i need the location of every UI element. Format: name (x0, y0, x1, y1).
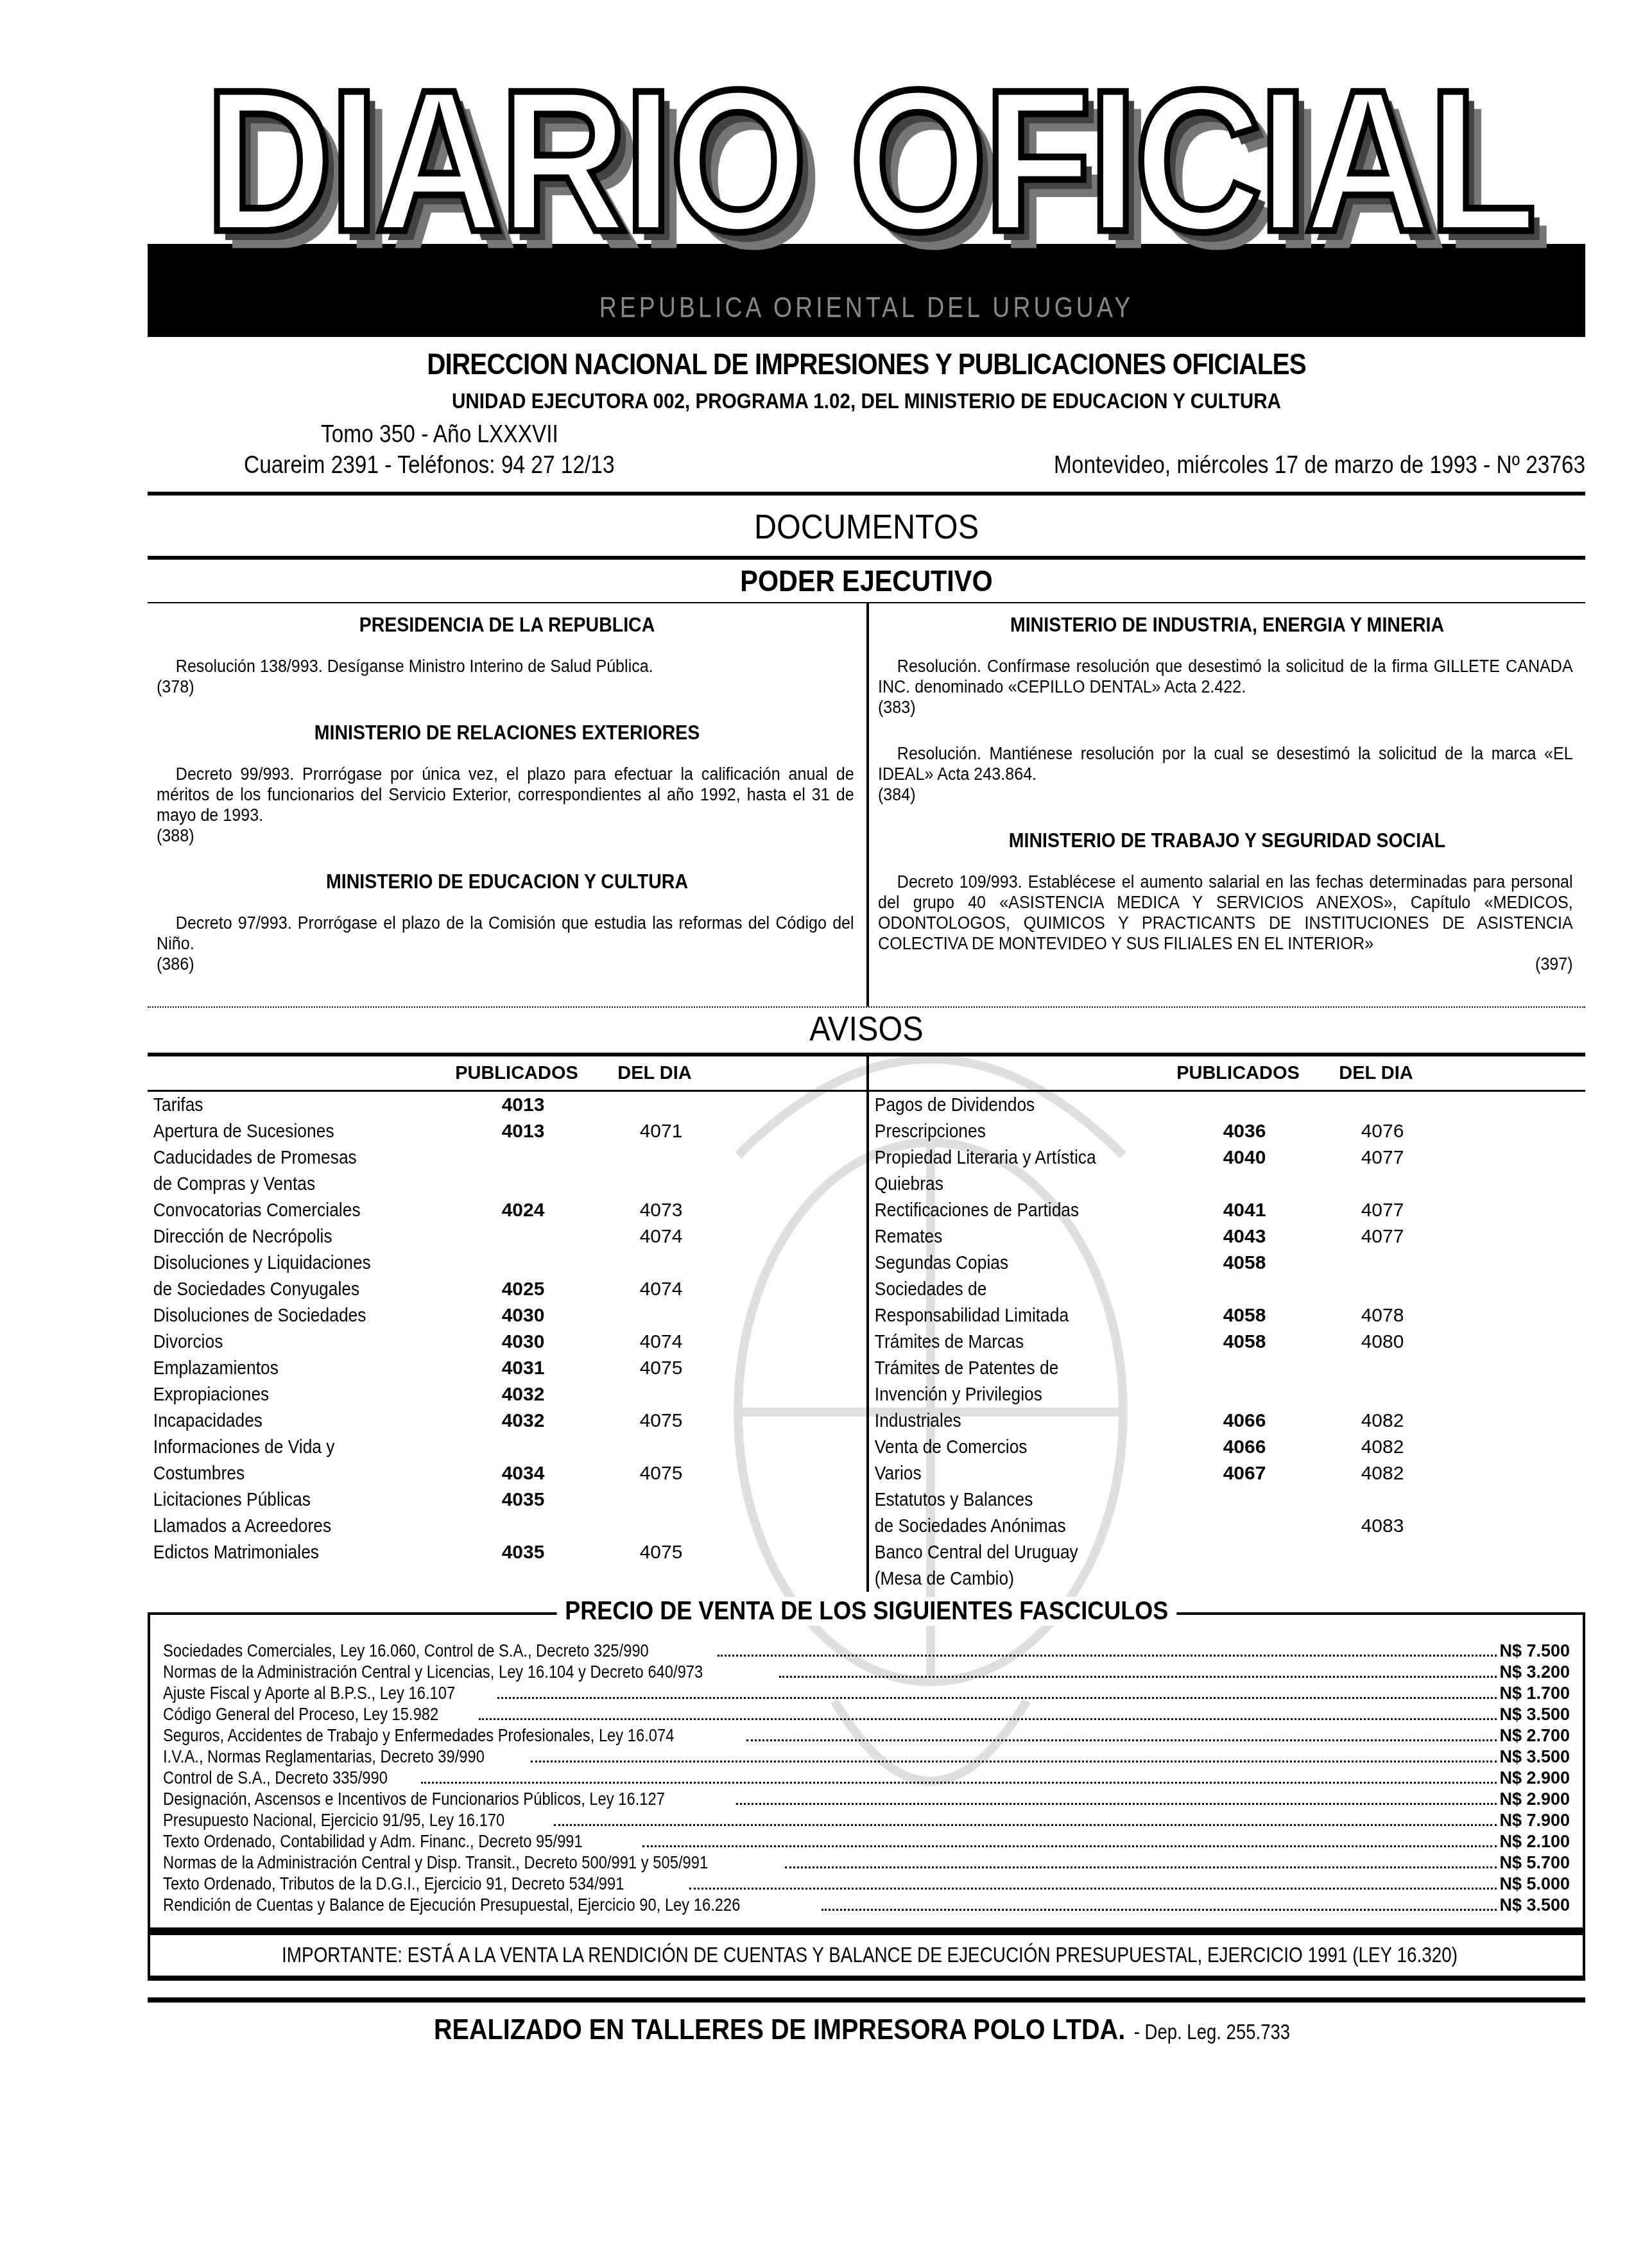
col-del-dia: DEL DIA (1312, 1063, 1440, 1084)
notice-publicados-page (1171, 1092, 1318, 1118)
document-entry: Decreto 97/993. Prorrógase el plazo de l… (157, 913, 854, 974)
notice-publicados-page: 4031 (449, 1355, 597, 1381)
document-text: Resolución. Confírmase resolución que de… (878, 656, 1573, 697)
dot-leader (421, 1782, 1497, 1784)
notice-del-dia-page (1318, 1355, 1447, 1381)
notice-publicados-page (449, 1171, 597, 1197)
notice-del-dia-page (597, 1434, 725, 1460)
notice-category: Rectificaciones de Partidas (869, 1197, 1135, 1223)
printer-credit: REALIZADO EN TALLERES DE IMPRESORA POLO … (434, 2014, 1125, 2046)
publication-title: Rendición de Cuentas y Balance de Ejecuc… (163, 1895, 740, 1916)
notice-category: Varios (869, 1460, 1135, 1486)
notice-category: Propiedad Literaria y Artística (869, 1144, 1135, 1171)
document-entry: Resolución 138/993. Desíganse Ministro I… (157, 656, 854, 697)
notice-row: Dirección de Necrópolis4074 (148, 1223, 866, 1250)
notice-del-dia-page (1318, 1381, 1447, 1408)
notice-publicados-page: 4035 (449, 1539, 597, 1565)
notice-del-dia-page (1318, 1565, 1447, 1592)
notice-row: Informaciones de Vida y (148, 1434, 866, 1460)
publication-price: N$ 2.900 (1499, 1789, 1570, 1810)
notice-row: de Compras y Ventas (148, 1171, 866, 1197)
notice-publicados-page: 4043 (1171, 1223, 1318, 1250)
notice-del-dia-page: 4074 (597, 1276, 725, 1302)
price-row: Control de S.A., Decreto 335/990N$ 2.900 (163, 1768, 1570, 1789)
notice-row: Caducidades de Promesas (148, 1144, 866, 1171)
notice-publicados-page (449, 1513, 597, 1539)
notice-del-dia-page (1318, 1486, 1447, 1513)
notice-row: Segundas Copias4058 (869, 1250, 1585, 1276)
notice-row: Varios40674082 (869, 1460, 1585, 1486)
notice-del-dia-page (597, 1092, 725, 1118)
notice-row: Prescripciones40364076 (869, 1118, 1585, 1144)
dot-leader (785, 1866, 1497, 1868)
dot-leader (554, 1824, 1497, 1826)
publication-price: N$ 2.100 (1499, 1831, 1570, 1852)
notices-column-headers: PUBLICADOS DEL DIA (869, 1056, 1585, 1092)
publication-title: Normas de la Administración Central y Di… (163, 1852, 708, 1874)
notice-category: Trámites de Patentes de (869, 1355, 1135, 1381)
notice-row: Licitaciones Públicas4035 (148, 1486, 866, 1513)
important-notice-text: IMPORTANTE: ESTÁ A LA VENTA LA RENDICIÓN… (282, 1943, 1458, 1968)
notice-del-dia-page (1318, 1539, 1447, 1565)
notice-del-dia-page: 4077 (1318, 1144, 1447, 1171)
section-documentos: DOCUMENTOS (219, 495, 1513, 556)
notice-publicados-page: 4058 (1171, 1250, 1318, 1276)
notice-publicados-page: 4058 (1171, 1329, 1318, 1355)
notice-del-dia-page (597, 1171, 725, 1197)
ministry-heading: MINISTERIO DE TRABAJO Y SEGURIDAD SOCIAL (906, 831, 1549, 851)
notice-del-dia-page: 4074 (597, 1223, 725, 1250)
dot-leader (822, 1909, 1497, 1911)
documents-left-column: PRESIDENCIA DE LA REPUBLICAResolución 13… (148, 603, 866, 1006)
notices-column-headers: PUBLICADOS DEL DIA (148, 1056, 866, 1092)
volume-year: Tomo 350 - Año LXXXVII (321, 421, 558, 449)
important-notice: IMPORTANTE: ESTÁ A LA VENTA LA RENDICIÓN… (148, 1930, 1585, 1981)
notice-category: Trámites de Marcas (869, 1329, 1135, 1355)
notice-del-dia-page: 4078 (1318, 1302, 1447, 1329)
notice-category: Quiebras (869, 1171, 1135, 1197)
notice-del-dia-page (1318, 1276, 1447, 1302)
publication-price: N$ 7.900 (1499, 1810, 1570, 1831)
documents-right-column: MINISTERIO DE INDUSTRIA, ENERGIA Y MINER… (866, 603, 1585, 1006)
dot-leader (642, 1845, 1497, 1847)
price-list-box: PRECIO DE VENTA DE LOS SIGUIENTES FASCIC… (148, 1615, 1585, 1930)
notice-row: Edictos Matrimoniales40354075 (148, 1539, 866, 1565)
footer: REALIZADO EN TALLERES DE IMPRESORA POLO … (148, 1997, 1585, 2046)
notice-del-dia-page: 4075 (597, 1539, 725, 1565)
notice-publicados-page: 4036 (1171, 1118, 1318, 1144)
document-reference: (384) (878, 784, 1573, 805)
notice-category: Remates (869, 1223, 1135, 1250)
notice-category: Caducidades de Promesas (148, 1144, 413, 1171)
notice-publicados-page: 4013 (449, 1118, 597, 1144)
section-avisos: AVISOS (219, 1008, 1513, 1053)
notice-publicados-page: 4041 (1171, 1197, 1318, 1223)
notice-category: Apertura de Sucesiones (148, 1118, 413, 1144)
notice-category: de Sociedades Conyugales (148, 1276, 413, 1302)
notice-del-dia-page: 4077 (1318, 1197, 1447, 1223)
notice-category: (Mesa de Cambio) (869, 1565, 1135, 1592)
notice-del-dia-page (1318, 1171, 1447, 1197)
dot-leader (746, 1739, 1497, 1741)
publication-price: N$ 7.500 (1499, 1641, 1570, 1662)
col-publicados: PUBLICADOS (443, 1063, 590, 1084)
publication-price: N$ 1.700 (1499, 1683, 1570, 1704)
notice-category: Tarifas (148, 1092, 413, 1118)
notice-category: Edictos Matrimoniales (148, 1539, 413, 1565)
notice-row: Incapacidades40324075 (148, 1408, 866, 1434)
issue-meta: Tomo 350 - Año LXXXVII Cuareim 2391 - Te… (148, 421, 1585, 492)
notice-del-dia-page: 4083 (1318, 1513, 1447, 1539)
notice-publicados-page (449, 1144, 597, 1171)
notice-del-dia-page (597, 1486, 725, 1513)
dot-leader (531, 1761, 1497, 1762)
notice-publicados-page: 4025 (449, 1276, 597, 1302)
notice-row: de Sociedades Conyugales40254074 (148, 1276, 866, 1302)
notice-category: Dirección de Necrópolis (148, 1223, 413, 1250)
notice-row: Quiebras (869, 1171, 1585, 1197)
notice-row: Venta de Comercios40664082 (869, 1434, 1585, 1460)
notice-publicados-page: 4030 (449, 1329, 597, 1355)
notice-del-dia-page: 4077 (1318, 1223, 1447, 1250)
publication-title: Normas de la Administración Central y Li… (163, 1662, 703, 1683)
notice-del-dia-page: 4080 (1318, 1329, 1447, 1355)
notice-row: Rectificaciones de Partidas40414077 (869, 1197, 1585, 1223)
masthead-subtitle: REPUBLICA ORIENTAL DEL URUGUAY (255, 292, 1477, 324)
notice-del-dia-page: 4071 (597, 1118, 725, 1144)
document-text: Resolución. Mantiénese resolución por la… (878, 743, 1573, 784)
notice-row: Remates40434077 (869, 1223, 1585, 1250)
notice-category: Informaciones de Vida y (148, 1434, 413, 1460)
notice-publicados-page: 4032 (449, 1381, 597, 1408)
document-reference: (388) (157, 825, 854, 846)
masthead: DIARIO OFICIAL REPUBLICA ORIENTAL DEL UR… (148, 51, 1585, 334)
subsection-poder-ejecutivo: PODER EJECUTIVO (219, 560, 1513, 602)
price-list-title-wrap: PRECIO DE VENTA DE LOS SIGUIENTES FASCIC… (150, 1597, 1583, 1626)
notice-category: Emplazamientos (148, 1355, 413, 1381)
notice-category: Industriales (869, 1408, 1135, 1434)
notice-del-dia-page: 4075 (597, 1408, 725, 1434)
price-row: Texto Ordenado, Contabilidad y Adm. Fina… (163, 1831, 1570, 1852)
document-text: Decreto 109/993. Establécese el aumento … (878, 872, 1573, 954)
document-entry: Resolución. Mantiénese resolución por la… (878, 743, 1573, 805)
ministry-heading: MINISTERIO DE RELACIONES EXTERIORES (185, 723, 830, 743)
notice-publicados-page (1171, 1565, 1318, 1592)
document-reference: (397) (878, 954, 1573, 974)
notice-category: Convocatorias Comerciales (148, 1197, 413, 1223)
notice-category: Estatutos y Balances (869, 1486, 1135, 1513)
notice-publicados-page (1171, 1539, 1318, 1565)
notice-publicados-page (449, 1223, 597, 1250)
notice-del-dia-page (1318, 1092, 1447, 1118)
notice-del-dia-page (597, 1144, 725, 1171)
publication-price: N$ 3.200 (1499, 1662, 1570, 1683)
notice-del-dia-page (597, 1381, 725, 1408)
col-publicados: PUBLICADOS (1164, 1063, 1312, 1084)
notice-publicados-page: 4034 (449, 1460, 597, 1486)
notice-row: Pagos de Dividendos (869, 1092, 1585, 1118)
notice-category: Disoluciones y Liquidaciones (148, 1250, 413, 1276)
dot-leader (689, 1888, 1497, 1890)
notice-del-dia-page (597, 1513, 725, 1539)
notice-category: Disoluciones de Sociedades (148, 1302, 413, 1329)
publication-title: Texto Ordenado, Contabilidad y Adm. Fina… (163, 1831, 583, 1852)
notice-del-dia-page: 4074 (597, 1329, 725, 1355)
notice-publicados-page (1171, 1486, 1318, 1513)
notice-category: Llamados a Acreedores (148, 1513, 413, 1539)
publication-title: I.V.A., Normas Reglamentarias, Decreto 3… (163, 1746, 485, 1768)
notice-row: Sociedades de (869, 1276, 1585, 1302)
notice-category: Invención y Privilegios (869, 1381, 1135, 1408)
document-text: Decreto 97/993. Prorrógase el plazo de l… (157, 913, 854, 954)
notice-row: Convocatorias Comerciales40244073 (148, 1197, 866, 1223)
price-row: Código General del Proceso, Ley 15.982N$… (163, 1704, 1570, 1725)
document-text: Decreto 99/993. Prorrógase por única vez… (157, 764, 854, 825)
ministry-heading: PRESIDENCIA DE LA REPUBLICA (185, 615, 830, 635)
price-list-title: PRECIO DE VENTA DE LOS SIGUIENTES FASCIC… (556, 1597, 1176, 1626)
notice-row: Propiedad Literaria y Artística40404077 (869, 1144, 1585, 1171)
document-entry: Decreto 99/993. Prorrógase por única vez… (157, 764, 854, 846)
notice-category: Venta de Comercios (869, 1434, 1135, 1460)
notice-row: Trámites de Marcas40584080 (869, 1329, 1585, 1355)
notice-publicados-page: 4040 (1171, 1144, 1318, 1171)
document-reference: (386) (157, 954, 854, 974)
notice-category: Segundas Copias (869, 1250, 1135, 1276)
notice-del-dia-page: 4076 (1318, 1118, 1447, 1144)
notice-category: Pagos de Dividendos (869, 1092, 1135, 1118)
publication-price: N$ 3.500 (1499, 1704, 1570, 1725)
publication-title: Sociedades Comerciales, Ley 16.060, Cont… (163, 1641, 649, 1662)
price-row: Designación, Ascensos e Incentivos de Fu… (163, 1789, 1570, 1810)
price-row: Presupuesto Nacional, Ejercicio 91/95, L… (163, 1810, 1570, 1831)
notice-category: de Sociedades Anónimas (869, 1513, 1135, 1539)
publication-price: N$ 3.500 (1499, 1895, 1570, 1916)
notice-publicados-page (1171, 1513, 1318, 1539)
notice-publicados-page: 4024 (449, 1197, 597, 1223)
document-text: Resolución 138/993. Desíganse Ministro I… (157, 656, 854, 676)
notice-category: Prescripciones (869, 1118, 1135, 1144)
notice-del-dia-page (597, 1250, 725, 1276)
price-row: Normas de la Administración Central y Li… (163, 1662, 1570, 1683)
price-row: I.V.A., Normas Reglamentarias, Decreto 3… (163, 1746, 1570, 1768)
document-reference: (383) (878, 697, 1573, 718)
notice-row: Llamados a Acreedores (148, 1513, 866, 1539)
issue-date-number: Montevideo, miércoles 17 de marzo de 199… (1054, 452, 1585, 479)
masthead-title: DIARIO OFICIAL (205, 60, 1528, 262)
notice-publicados-page: 4066 (1171, 1434, 1318, 1460)
dot-leader (497, 1697, 1497, 1699)
dot-leader (779, 1676, 1497, 1678)
dot-leader (479, 1718, 1497, 1720)
notice-row: Emplazamientos40314075 (148, 1355, 866, 1381)
notice-row: Expropiaciones4032 (148, 1381, 866, 1408)
publication-title: Designación, Ascensos e Incentivos de Fu… (163, 1789, 665, 1810)
notice-row: Divorcios40304074 (148, 1329, 866, 1355)
col-del-dia: DEL DIA (590, 1063, 719, 1084)
executing-unit: UNIDAD EJECUTORA 002, PROGRAMA 1.02, DEL… (219, 389, 1513, 413)
notices-right-column: PUBLICADOS DEL DIA Pagos de DividendosPr… (866, 1056, 1585, 1592)
notice-category: Divorcios (148, 1329, 413, 1355)
notice-del-dia-page: 4075 (597, 1460, 725, 1486)
address-phones: Cuareim 2391 - Teléfonos: 94 27 12/13 (244, 452, 615, 479)
document-entry: Resolución. Confírmase resolución que de… (878, 656, 1573, 718)
publication-title: Código General del Proceso, Ley 15.982 (163, 1704, 438, 1725)
document-reference: (378) (157, 676, 854, 697)
notice-row: Tarifas4013 (148, 1092, 866, 1118)
notice-row: Industriales40664082 (869, 1408, 1585, 1434)
notice-category: Costumbres (148, 1460, 413, 1486)
publication-price: N$ 2.900 (1499, 1768, 1570, 1789)
publication-price: N$ 2.700 (1499, 1725, 1570, 1746)
price-row: Ajuste Fiscal y Aporte al B.P.S., Ley 16… (163, 1683, 1570, 1704)
documents-columns: PRESIDENCIA DE LA REPUBLICAResolución 13… (148, 603, 1585, 1006)
notice-row: Apertura de Sucesiones40134071 (148, 1118, 866, 1144)
dot-leader (718, 1655, 1497, 1657)
price-row: Sociedades Comerciales, Ley 16.060, Cont… (163, 1641, 1570, 1662)
notice-row: Responsabilidad Limitada40584078 (869, 1302, 1585, 1329)
notice-del-dia-page: 4082 (1318, 1434, 1447, 1460)
notice-category: Expropiaciones (148, 1381, 413, 1408)
ministry-heading: MINISTERIO DE EDUCACION Y CULTURA (185, 872, 830, 892)
document-entry: Decreto 109/993. Establécese el aumento … (878, 872, 1573, 974)
notice-publicados-page: 4030 (449, 1302, 597, 1329)
publication-price: N$ 3.500 (1499, 1746, 1570, 1768)
notice-del-dia-page: 4082 (1318, 1460, 1447, 1486)
notice-publicados-page: 4058 (1171, 1302, 1318, 1329)
notice-category: Licitaciones Públicas (148, 1486, 413, 1513)
notice-row: Invención y Privilegios (869, 1381, 1585, 1408)
legal-deposit: - Dep. Leg. 255.733 (1134, 2020, 1290, 2045)
notice-category: Responsabilidad Limitada (869, 1302, 1135, 1329)
notice-publicados-page: 4013 (449, 1092, 597, 1118)
notice-category: de Compras y Ventas (148, 1171, 413, 1197)
publication-title: Seguros, Accidentes de Trabajo y Enferme… (163, 1725, 674, 1746)
notice-del-dia-page: 4075 (597, 1355, 725, 1381)
notice-del-dia-page (1318, 1250, 1447, 1276)
publication-title: Presupuesto Nacional, Ejercicio 91/95, L… (163, 1810, 504, 1831)
notice-del-dia-page: 4082 (1318, 1408, 1447, 1434)
price-row: Texto Ordenado, Tributos de la D.G.I., E… (163, 1874, 1570, 1895)
notice-category: Incapacidades (148, 1408, 413, 1434)
notice-row: Costumbres40344075 (148, 1460, 866, 1486)
notice-row: Trámites de Patentes de (869, 1355, 1585, 1381)
notices-index: PUBLICADOS DEL DIA Tarifas4013Apertura d… (148, 1056, 1585, 1592)
notice-publicados-page: 4067 (1171, 1460, 1318, 1486)
dot-leader (736, 1803, 1497, 1805)
notice-row: Estatutos y Balances (869, 1486, 1585, 1513)
publication-title: Ajuste Fiscal y Aporte al B.P.S., Ley 16… (163, 1683, 455, 1704)
publication-title: Control de S.A., Decreto 335/990 (163, 1768, 388, 1789)
notice-publicados-page: 4032 (449, 1408, 597, 1434)
notice-row: (Mesa de Cambio) (869, 1565, 1585, 1592)
notice-row: Disoluciones de Sociedades4030 (148, 1302, 866, 1329)
publication-price: N$ 5.000 (1499, 1874, 1570, 1895)
notice-del-dia-page: 4073 (597, 1197, 725, 1223)
publication-title: Texto Ordenado, Tributos de la D.G.I., E… (163, 1874, 624, 1895)
notice-row: Disoluciones y Liquidaciones (148, 1250, 866, 1276)
notice-publicados-page (449, 1434, 597, 1460)
notice-publicados-page (449, 1250, 597, 1276)
publication-price: N$ 5.700 (1499, 1852, 1570, 1874)
notice-category: Banco Central del Uruguay (869, 1539, 1135, 1565)
agency-name: DIRECCION NACIONAL DE IMPRESIONES Y PUBL… (234, 347, 1499, 381)
notice-del-dia-page (597, 1302, 725, 1329)
notice-publicados-page (1171, 1355, 1318, 1381)
notice-publicados-page: 4066 (1171, 1408, 1318, 1434)
notice-row: de Sociedades Anónimas4083 (869, 1513, 1585, 1539)
ministry-heading: MINISTERIO DE INDUSTRIA, ENERGIA Y MINER… (906, 615, 1549, 635)
notice-row: Banco Central del Uruguay (869, 1539, 1585, 1565)
price-row: Rendición de Cuentas y Balance de Ejecuc… (163, 1895, 1570, 1916)
notices-left-column: PUBLICADOS DEL DIA Tarifas4013Apertura d… (148, 1056, 866, 1592)
notice-category: Sociedades de (869, 1276, 1135, 1302)
notice-publicados-page: 4035 (449, 1486, 597, 1513)
newspaper-page: DIARIO OFICIAL REPUBLICA ORIENTAL DEL UR… (148, 51, 1585, 2046)
notice-publicados-page (1171, 1381, 1318, 1408)
price-row: Normas de la Administración Central y Di… (163, 1852, 1570, 1874)
price-row: Seguros, Accidentes de Trabajo y Enferme… (163, 1725, 1570, 1746)
notice-publicados-page (1171, 1276, 1318, 1302)
notice-publicados-page (1171, 1171, 1318, 1197)
